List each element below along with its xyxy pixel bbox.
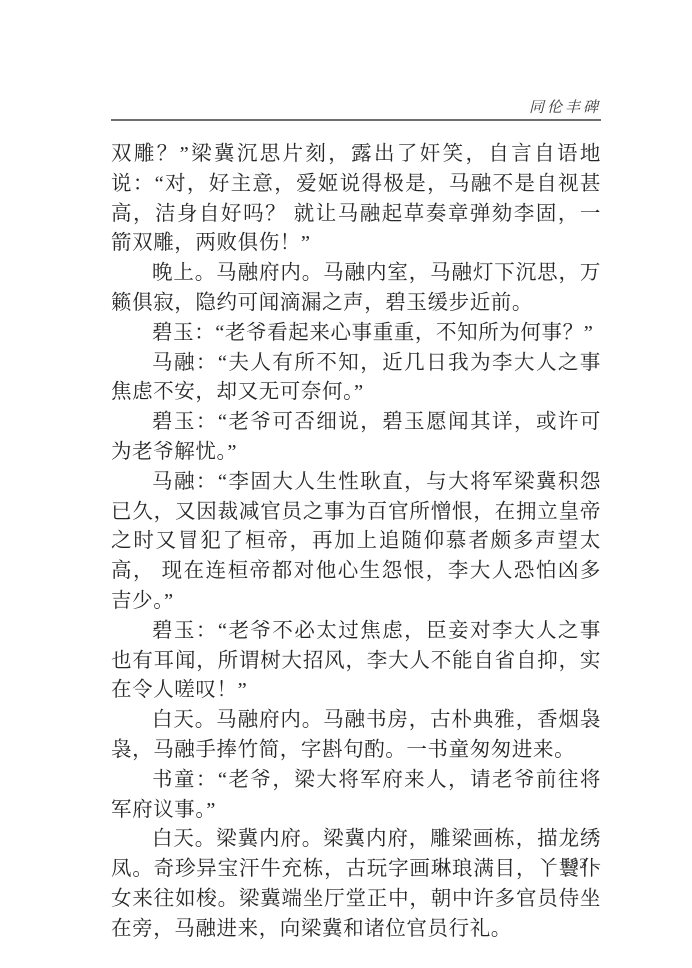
running-title: 同伦丰碑: [529, 100, 601, 116]
page-header: 同伦丰碑: [111, 96, 601, 117]
paragraph: 白天。梁冀内府。梁冀内府，雕梁画栋，描龙绣凤。奇珍异宝汗牛充栋，古玩字画琳琅满目…: [111, 825, 601, 944]
paragraph: 马融：“李固大人生性耿直，与大将军梁冀积怨已久，又因裁减官员之事为百官所憎恨，在…: [111, 468, 601, 617]
header-rule: [111, 119, 601, 121]
paragraph: 碧玉：“老爷不必太过焦虑，臣妾对李大人之事也有耳闻，所谓树大招风，李大人不能自省…: [111, 617, 601, 706]
paragraph: 碧玉：“老爷可否细说，碧玉愿闻其详，或许可为老爷解忧。”: [111, 408, 601, 468]
paragraph: 碧玉：“老爷看起来心事重重，不知所为何事？”: [111, 319, 601, 349]
book-page: 同伦丰碑 双雕？”梁冀沉思片刻，露出了奸笑，自言自语地说：“对，好主意，爱姬说得…: [0, 0, 692, 968]
paragraph: 双雕？”梁冀沉思片刻，露出了奸笑，自言自语地说：“对，好主意，爱姬说得极是，马融…: [111, 140, 601, 259]
page-footer: – 193 –: [111, 856, 601, 873]
body-text: 双雕？”梁冀沉思片刻，露出了奸笑，自言自语地说：“对，好主意，爱姬说得极是，马融…: [111, 140, 601, 945]
page-number: – 193 –: [549, 856, 601, 872]
paragraph: 马融：“夫人有所不知，近几日我为李大人之事焦虑不安，却又无可奈何。”: [111, 349, 601, 409]
paragraph: 白天。马融府内。马融书房，古朴典雅，香烟袅袅，马融手捧竹简，字斟句酌。一书童匆匆…: [111, 706, 601, 766]
paragraph: 书童：“老爷，梁大将军府来人，请老爷前往将军府议事。”: [111, 766, 601, 826]
paragraph: 晚上。马融府内。马融内室，马融灯下沉思，万籁俱寂，隐约可闻滴漏之声，碧玉缓步近前…: [111, 259, 601, 319]
